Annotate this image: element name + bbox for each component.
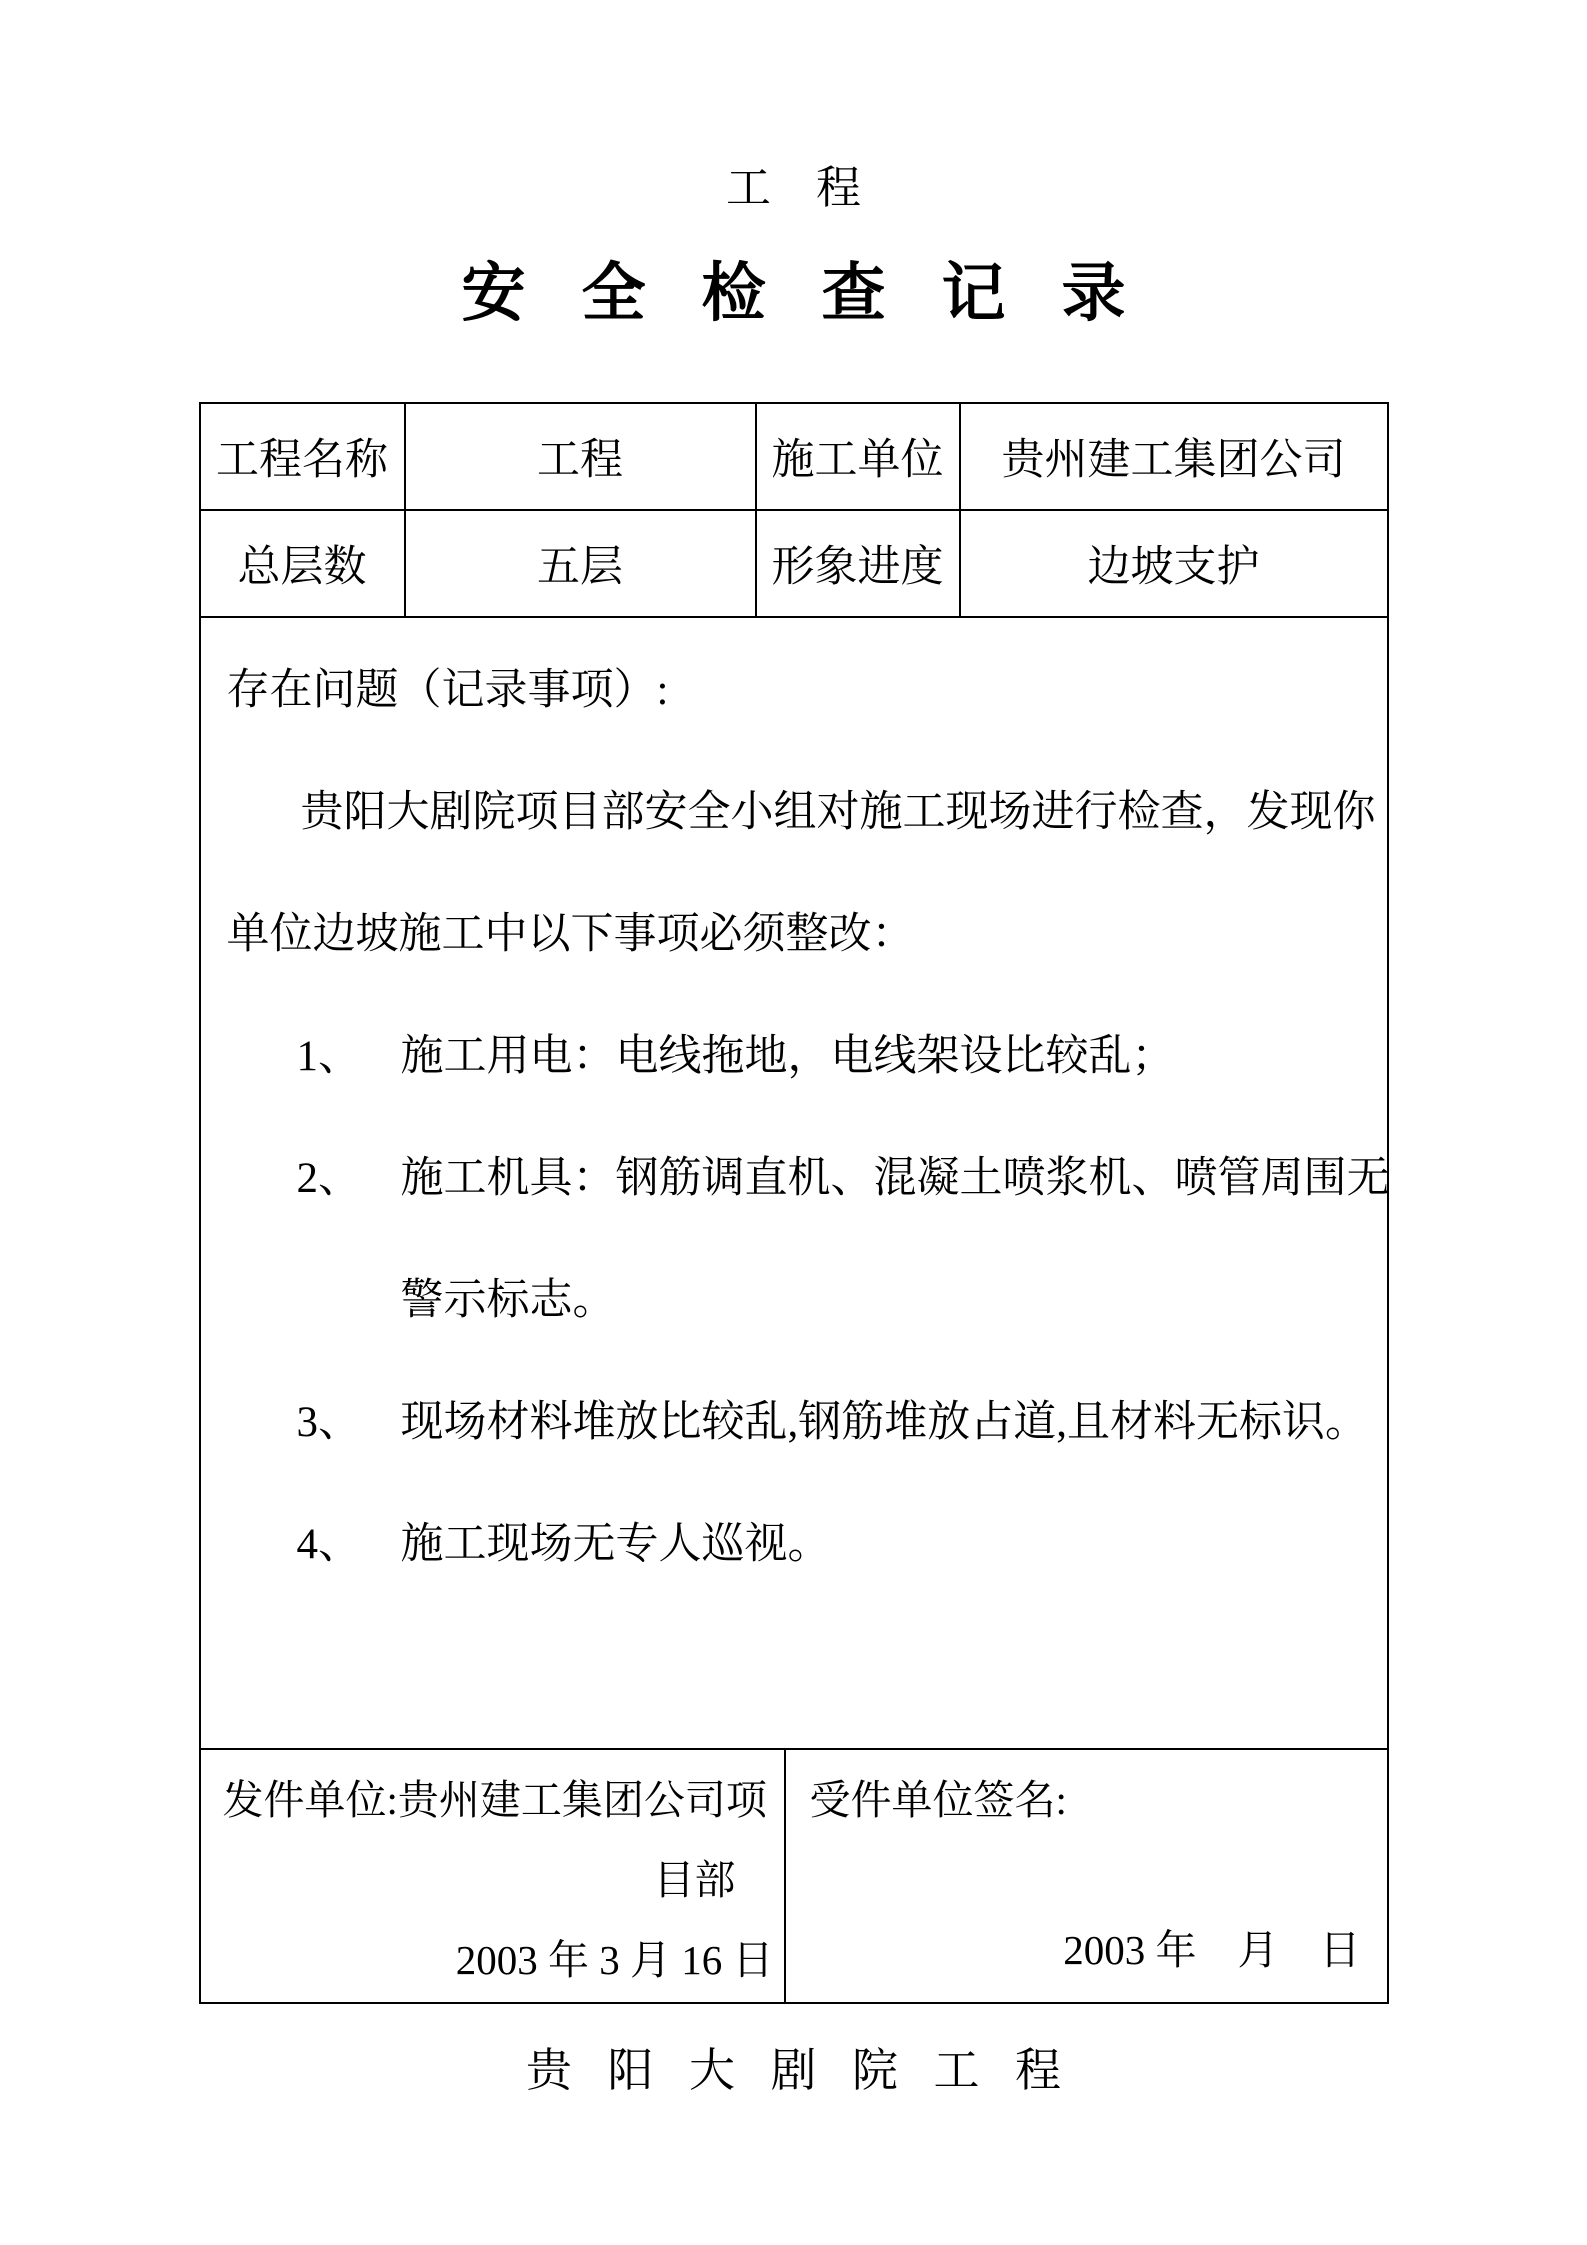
problem-item-2-number: 2、 (297, 1118, 401, 1240)
problems-intro-line2: 单位边坡施工中以下事项必须整改： (227, 874, 1369, 996)
problem-item-1: 1、施工用电：电线拖地，电线架设比较乱； (227, 996, 1369, 1118)
receiver-cell: 受件单位签名: 2003 年 月 日 (786, 1750, 1387, 2002)
sender-unit-line1: 发件单位:贵州建工集团公司项 (223, 1760, 778, 1840)
total-floors-value: 五层 (406, 511, 757, 616)
problem-item-4-number: 4、 (297, 1484, 401, 1606)
table-row-floors: 总层数 五层 形象进度 边坡支护 (201, 511, 1387, 618)
document-title: 安 全 检 查 记 录 (0, 256, 1587, 332)
safety-record-table: 工程名称 工程 施工单位 贵州建工集团公司 总层数 五层 形象进度 边坡支护 存… (199, 402, 1389, 2004)
progress-value: 边坡支护 (961, 511, 1387, 616)
problem-item-3: 3、现场材料堆放比较乱,钢筋堆放占道,且材料无标识。 (227, 1362, 1369, 1484)
project-footer-caption: 贵 阳 大 剧 院 工 程 (0, 2040, 1587, 2102)
project-name-label: 工程名称 (201, 404, 406, 509)
problem-item-1-number: 1、 (297, 996, 401, 1118)
document-page: 工 程 安 全 检 查 记 录 工程名称 工程 施工单位 贵州建工集团公司 总层… (0, 0, 1587, 2245)
table-row-project: 工程名称 工程 施工单位 贵州建工集团公司 (201, 404, 1387, 511)
problems-heading: 存在问题（记录事项）: (227, 630, 1369, 752)
sender-date: 2003 年 3 月 16 日 (223, 1920, 778, 2000)
sender-cell: 发件单位:贵州建工集团公司项 目部 2003 年 3 月 16 日 (201, 1750, 786, 2002)
problems-intro-line1: 贵阳大剧院项目部安全小组对施工现场进行检查，发现你 (227, 752, 1369, 874)
problem-item-1-text: 施工用电：电线拖地，电线架设比较乱； (401, 1033, 1175, 1080)
problems-cell: 存在问题（记录事项）: 贵阳大剧院项目部安全小组对施工现场进行检查，发现你 单位… (201, 618, 1387, 1750)
problem-item-3-text: 现场材料堆放比较乱,钢筋堆放占道,且材料无标识。 (401, 1399, 1369, 1446)
receiver-signature-label: 受件单位签名: (810, 1760, 1361, 1840)
project-name-value: 工程 (406, 404, 757, 509)
problem-item-4-text: 施工现场无专人巡视。 (401, 1521, 831, 1568)
problem-item-3-number: 3、 (297, 1362, 401, 1484)
problem-item-2-text: 施工机具：钢筋调直机、混凝土喷浆机、喷管周围无 (401, 1155, 1387, 1202)
sender-unit-line2: 目部 (223, 1840, 778, 1920)
total-floors-label: 总层数 (201, 511, 406, 616)
receiver-date: 2003 年 月 日 (810, 1910, 1361, 1990)
problem-item-4: 4、施工现场无专人巡视。 (227, 1484, 1369, 1606)
problem-item-2: 2、施工机具：钢筋调直机、混凝土喷浆机、喷管周围无 (227, 1118, 1369, 1240)
document-header-small: 工 程 (0, 0, 1587, 214)
construction-unit-value: 贵州建工集团公司 (961, 404, 1387, 509)
table-row-signoff: 发件单位:贵州建工集团公司项 目部 2003 年 3 月 16 日 受件单位签名… (201, 1750, 1387, 2002)
problem-item-2-continuation: 警示标志。 (227, 1240, 1369, 1362)
construction-unit-label: 施工单位 (757, 404, 961, 509)
progress-label: 形象进度 (757, 511, 961, 616)
